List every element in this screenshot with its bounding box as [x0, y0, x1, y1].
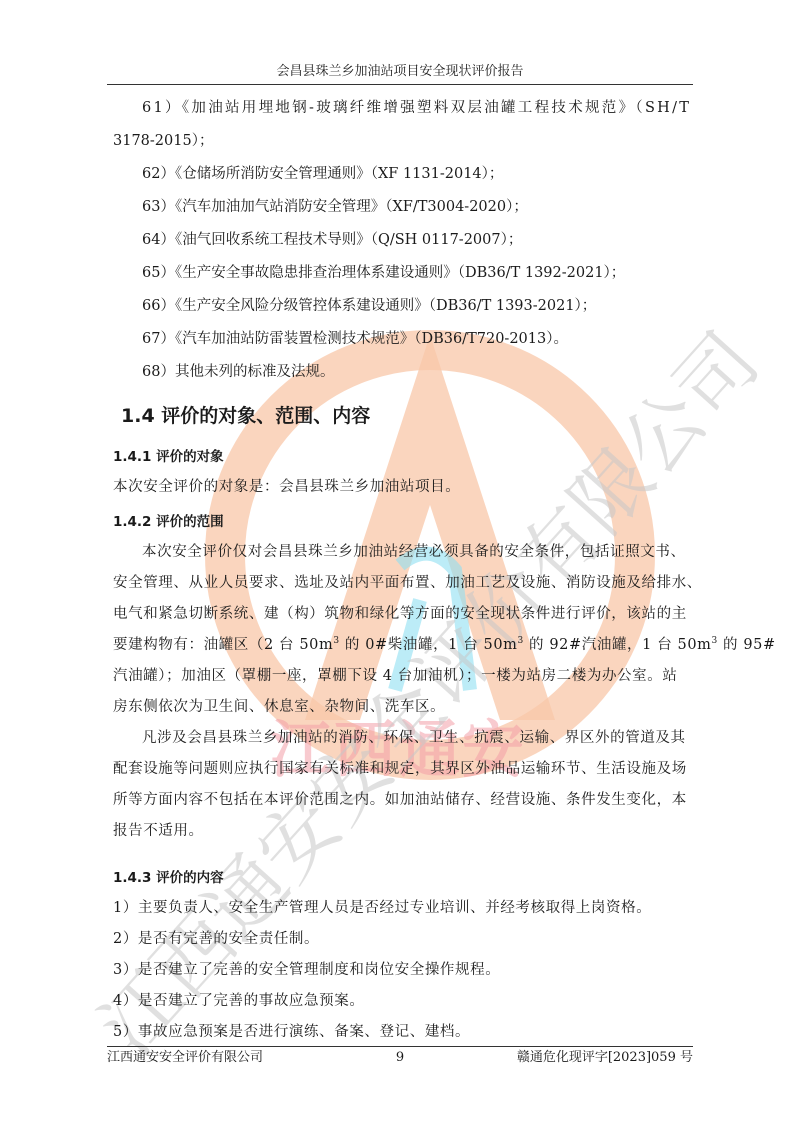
- list-item: 4）是否建立了完善的事故应急预案。: [113, 986, 691, 1017]
- footer-doc-number: 赣通危化现评字[2023]059 号: [517, 1048, 693, 1068]
- paragraph-line: 汽油罐）；加油区（罩棚一座，罩棚下设 4 台加油机）；一楼为站房二楼为办公室。站: [113, 661, 691, 692]
- reference-item: 66）《生产安全风险分级管控体系建设通则》（DB36/T 1393-2021）；: [113, 290, 691, 323]
- subsection-heading: 1.4.2 评价的范围: [113, 507, 691, 537]
- spacer: [113, 847, 691, 859]
- page-header: 会昌县珠兰乡加油站项目安全现状评价报告: [107, 62, 693, 85]
- text-run: 的 0#柴油罐，1 台 50m: [340, 637, 518, 653]
- subsection-heading: 1.4.3 评价的内容: [113, 863, 691, 893]
- list-item: 3）是否建立了完善的安全管理制度和岗位安全操作规程。: [113, 955, 691, 986]
- paragraph-line: 配套设施等问题则应执行国家有关标准和规定，其界区外油品运输环节、生活设施及场: [113, 754, 691, 785]
- reference-item: 62）《仓储场所消防安全管理通则》（XF 1131-2014）；: [113, 158, 691, 191]
- paragraph-line: 报告不适用。: [113, 816, 691, 847]
- subsection-heading: 1.4.1 评价的对象: [113, 442, 691, 472]
- paragraph-line: 所等方面内容不包括在本评价范围之内。如加油站储存、经营设施、条件发生变化，本: [113, 785, 691, 816]
- paragraph-line: 要建构物有：油罐区（2 台 50m3 的 0#柴油罐，1 台 50m3 的 92…: [113, 630, 691, 661]
- paragraph-line: 安全管理、从业人员要求、选址及站内平面布置、加油工艺及设施、消防设施及给排水、: [113, 568, 691, 599]
- section-heading: 1.4 评价的对象、范围、内容: [113, 394, 691, 438]
- page-content: 61）《加油站用埋地钢-玻璃纤维增强塑料双层油罐工程技术规范》（SH/T 317…: [113, 92, 691, 1048]
- reference-item: 61）《加油站用埋地钢-玻璃纤维增强塑料双层油罐工程技术规范》（SH/T: [113, 92, 691, 125]
- scope-paragraph-2: 凡涉及会昌县珠兰乡加油站的消防、环保、卫生、抗震、运输、界区外的管道及其 配套设…: [113, 723, 691, 847]
- reference-item-continuation: 3178-2015）；: [113, 125, 691, 158]
- reference-item: 68）其他未列的标准及法规。: [113, 356, 691, 389]
- paragraph-line: 凡涉及会昌县珠兰乡加油站的消防、环保、卫生、抗震、运输、界区外的管道及其: [113, 723, 691, 754]
- document-page: 江西通安 江西通安安全评价有限公司 会昌县珠兰乡加油站项目安全现状评价报告 61…: [0, 0, 800, 1131]
- content-list: 1）主要负责人、安全生产管理人员是否经过专业培训、并经考核取得上岗资格。 2）是…: [113, 893, 691, 1048]
- paragraph-line: 本次安全评价的对象是：会昌县珠兰乡加油站项目。: [113, 472, 691, 503]
- paragraph-line: 电气和紧急切断系统、建（构）筑物和绿化等方面的安全现状条件进行评价，该站的主: [113, 599, 691, 630]
- text-run: 要建构物有：油罐区（2 台 50m: [113, 637, 333, 653]
- reference-item: 65）《生产安全事故隐患排查治理体系建设通则》（DB36/T 1392-2021…: [113, 257, 691, 290]
- paragraph-line: 房东侧依次为卫生间、休息室、杂物间、洗车区。: [113, 692, 691, 723]
- paragraph-line: 本次安全评价仅对会昌县珠兰乡加油站经营必须具备的安全条件，包括证照文书、: [113, 537, 691, 568]
- scope-paragraph-1: 本次安全评价仅对会昌县珠兰乡加油站经营必须具备的安全条件，包括证照文书、 安全管…: [113, 537, 691, 723]
- text-run: 的 92#汽油罐，1 台 50m: [524, 637, 712, 653]
- list-item: 5）事故应急预案是否进行演练、备案、登记、建档。: [113, 1017, 691, 1048]
- reference-list: 61）《加油站用埋地钢-玻璃纤维增强塑料双层油罐工程技术规范》（SH/T 317…: [113, 92, 691, 389]
- reference-item: 64）《油气回收系统工程技术导则》（Q/SH 0117-2007）；: [113, 224, 691, 257]
- list-item: 1）主要负责人、安全生产管理人员是否经过专业培训、并经考核取得上岗资格。: [113, 893, 691, 924]
- list-item: 2）是否有完善的安全责任制。: [113, 924, 691, 955]
- text-run: 的 95#: [718, 637, 776, 653]
- page-footer: 江西通安安全评价有限公司 9 赣通危化现评字[2023]059 号: [107, 1046, 693, 1048]
- reference-item: 63）《汽车加油加气站消防安全管理》（XF/T3004-2020）；: [113, 191, 691, 224]
- reference-item: 67）《汽车加油站防雷装置检测技术规范》（DB36/T720-2013）。: [113, 323, 691, 356]
